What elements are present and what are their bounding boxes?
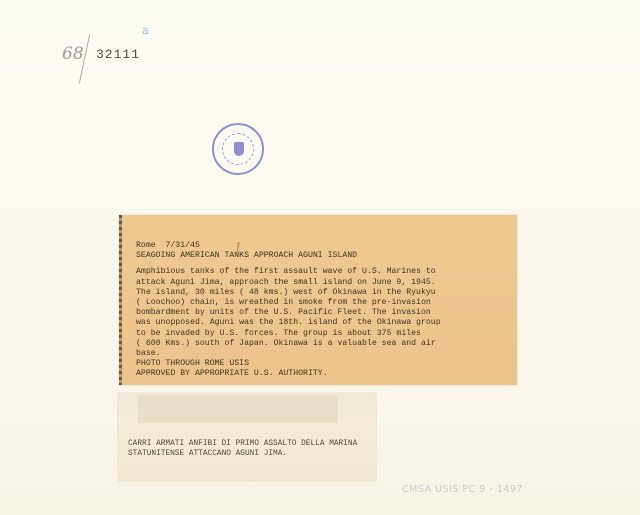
shield-icon <box>234 142 244 156</box>
caption-line: ( 600 Kms.) south of Japan. Okinawa is a… <box>136 339 511 349</box>
blue-pencil-mark: a <box>142 24 149 37</box>
caption-line: Amphibious tanks of the first assault wa… <box>136 267 511 277</box>
caption-line: was unopposed. Aguni was the 18th. islan… <box>136 318 511 328</box>
handwritten-id: 68 <box>62 44 84 64</box>
caption-line: base. <box>136 349 511 359</box>
caption-dateline: Rome 7/31/45 <box>136 241 511 251</box>
translation-line: STATUNITENSE ATTACCANO AGUNI JIMA. <box>128 449 373 459</box>
document-page: 68 32111 a Rome 7/31/45SEAGOING AMERICAN… <box>0 0 640 515</box>
caption-card: Rome 7/31/45SEAGOING AMERICAN TANKS APPR… <box>119 215 517 385</box>
seal-ring-icon <box>222 133 254 165</box>
caption-line: attack Aguni Jima, approach the small is… <box>136 278 511 288</box>
archive-reference: CMSA USIS PC 9 - 1497 <box>402 484 523 495</box>
caption-headline: SEAGOING AMERICAN TANKS APPROACH AGUNI I… <box>136 251 511 261</box>
caption-credit: PHOTO THROUGH ROME USIS <box>136 359 511 369</box>
translation-text: CARRI ARMATI ANFIBI DI PRIMO ASSALTO DEL… <box>128 439 373 459</box>
torn-edge <box>119 215 122 385</box>
adhesive-tape <box>138 395 338 423</box>
handwritten-mark: 1 <box>234 241 242 256</box>
seal-stamp-icon <box>212 123 264 175</box>
caption-text: Rome 7/31/45SEAGOING AMERICAN TANKS APPR… <box>136 241 511 380</box>
caption-line: bombardment by units of the U.S. Pacific… <box>136 308 511 318</box>
translation-line: CARRI ARMATI ANFIBI DI PRIMO ASSALTO DEL… <box>128 439 373 449</box>
translation-card: CARRI ARMATI ANFIBI DI PRIMO ASSALTO DEL… <box>118 393 376 481</box>
stamp-number: 32111 <box>96 47 140 62</box>
caption-line: ( Loochoo) chain, is wreathed in smoke f… <box>136 298 511 308</box>
caption-line: to be invaded by U.S. forces. The group … <box>136 329 511 339</box>
caption-line: The island, 30 miles ( 48 kms.) west of … <box>136 288 511 298</box>
caption-approval: APPROVED BY APPROPRIATE U.S. AUTHORITY. <box>136 369 511 379</box>
